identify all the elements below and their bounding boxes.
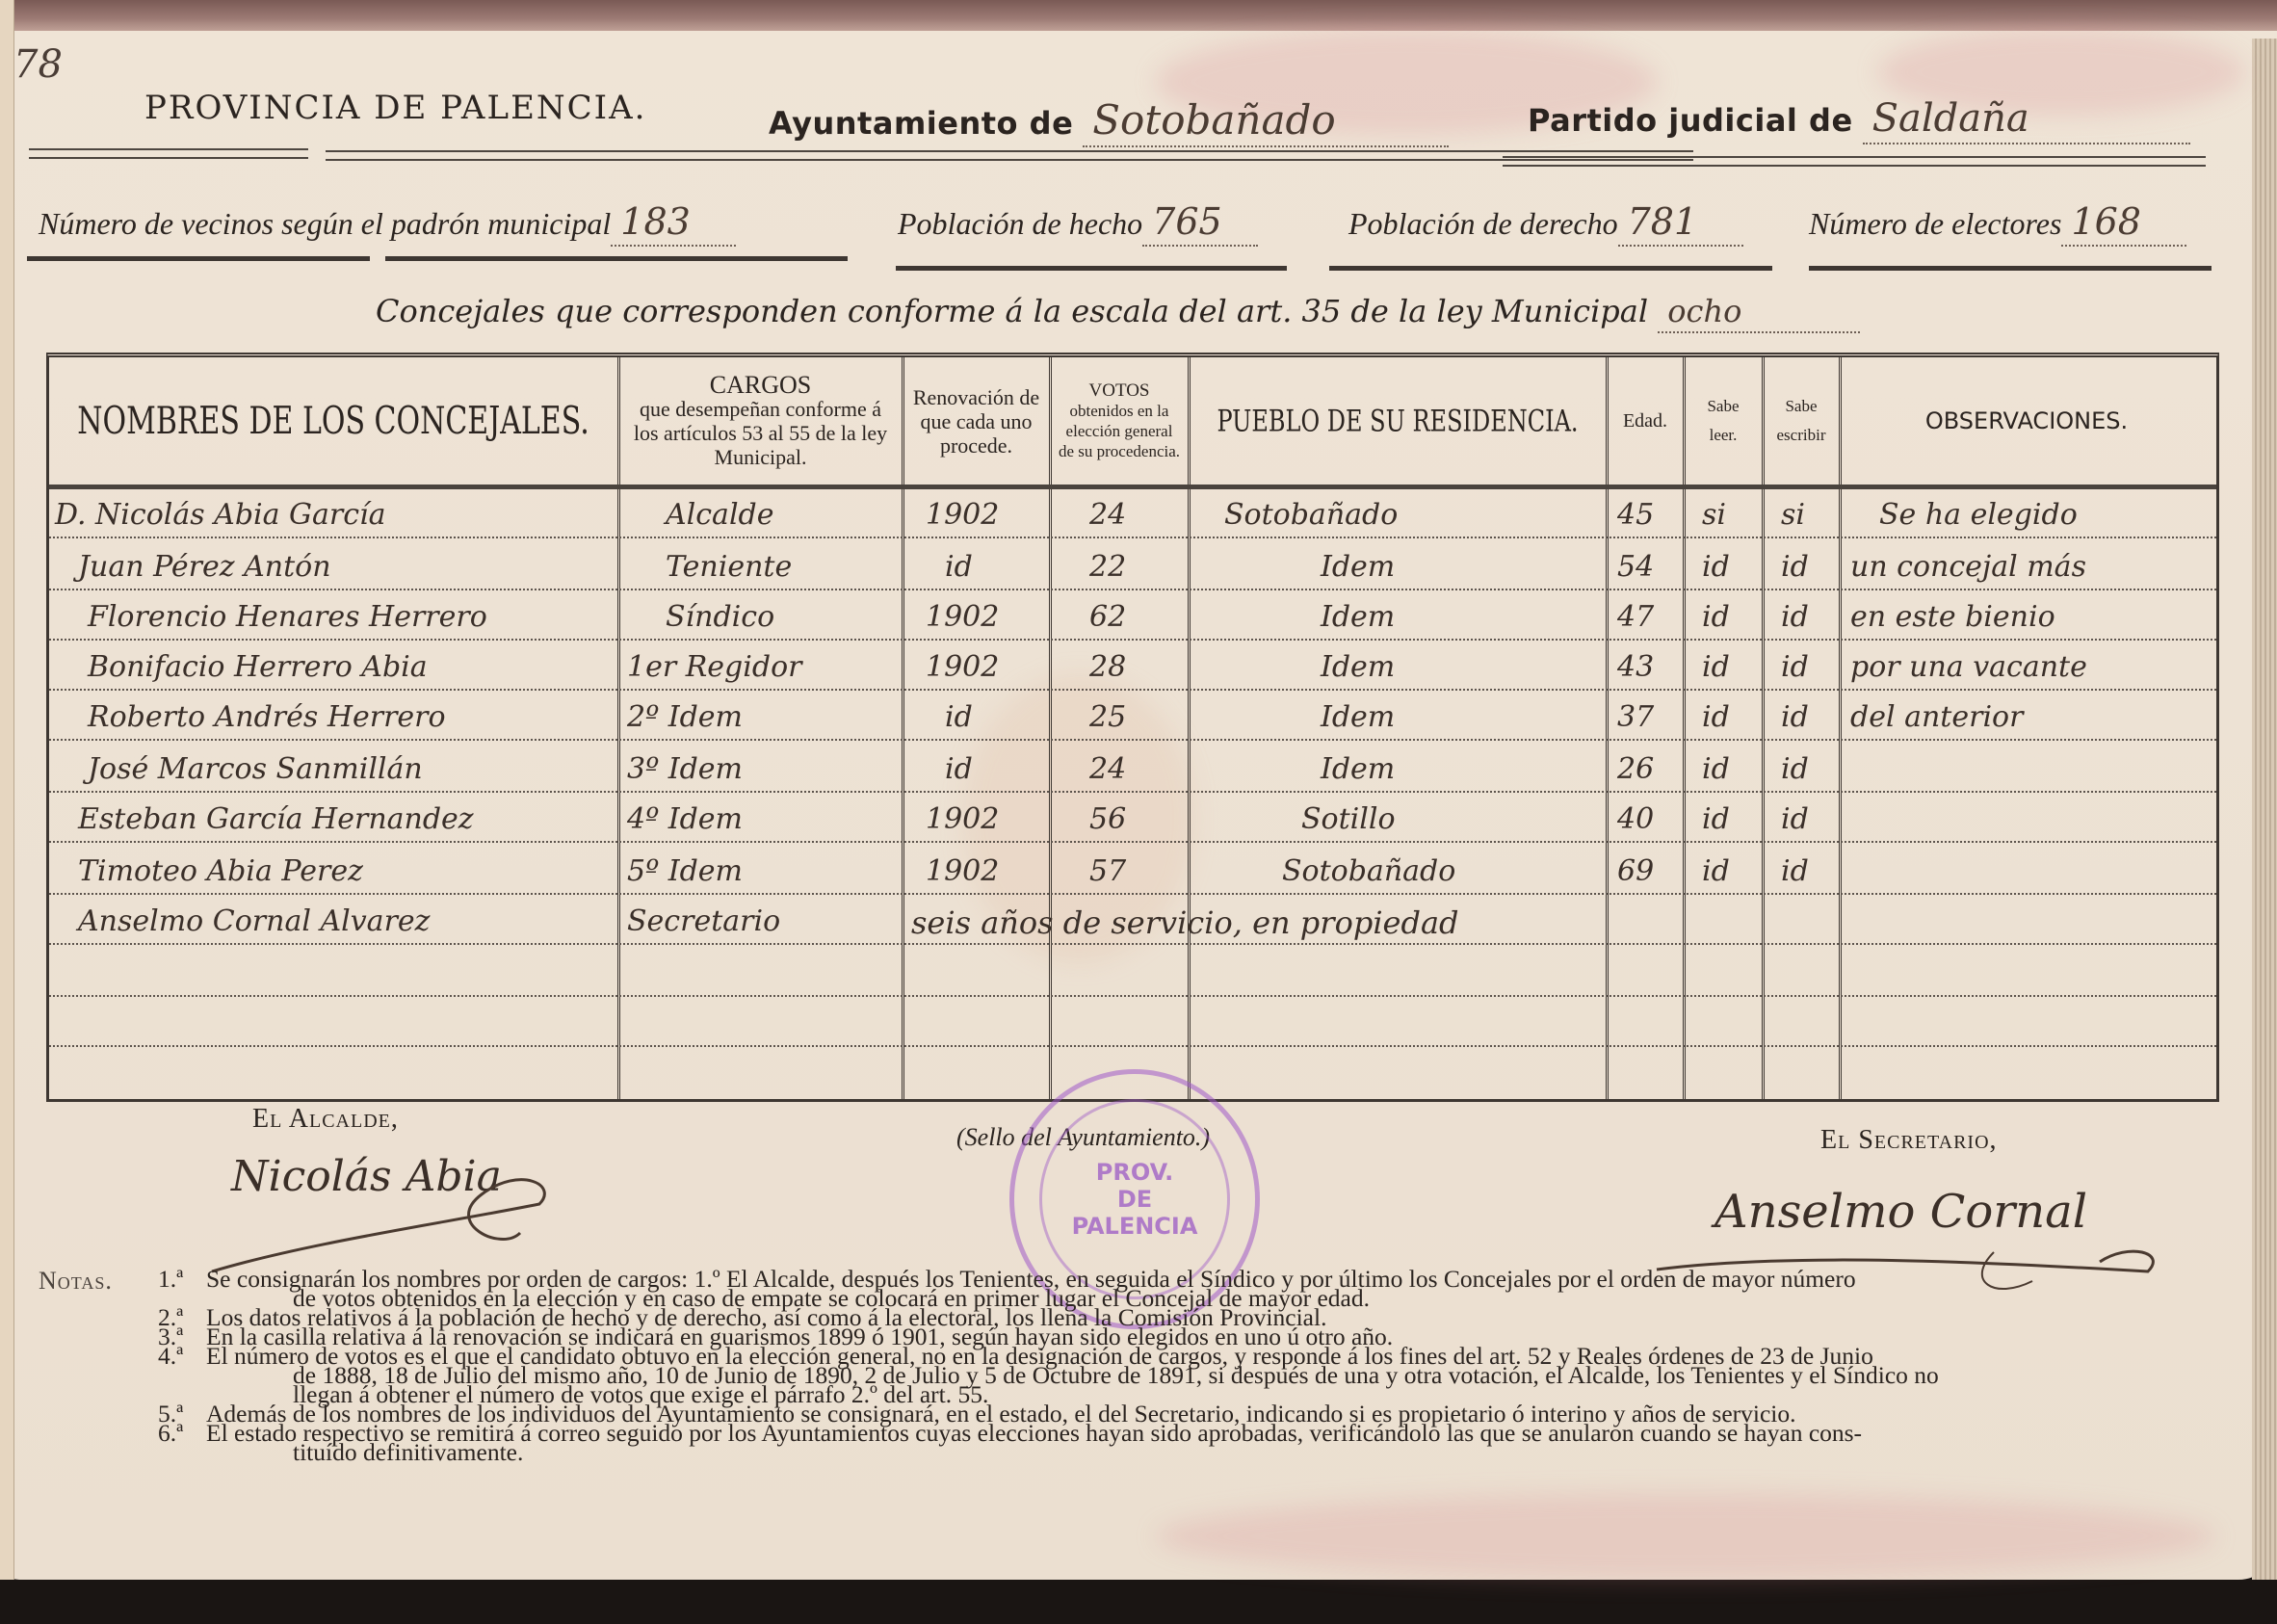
cell-votos: 24	[1089, 752, 1126, 786]
cell-edad: 40	[1617, 802, 1654, 836]
header-cargos: CARGOS que desempeñan conforme á los art…	[619, 357, 902, 485]
row-rule	[49, 537, 2216, 538]
vecinos-value: 183	[611, 200, 736, 247]
concejales-count-line: Concejales que corresponden conforme á l…	[376, 293, 1860, 333]
observacion-line: Se ha elegido	[1879, 498, 2078, 532]
row-rule	[49, 841, 2216, 843]
ayuntamiento-value: Sotobañado	[1083, 96, 1449, 147]
cell-votos: 28	[1089, 650, 1126, 684]
cell-escribir: id	[1781, 550, 1809, 584]
province-title: PROVINCIA DE PALENCIA.	[144, 89, 646, 127]
poblacion-derecho-row: Población de derecho 781	[1348, 200, 1743, 247]
electores-label: Número de electores	[1809, 206, 2061, 242]
header-separator	[49, 485, 2216, 489]
cell-pueblo: Idem	[1321, 600, 1395, 634]
observacion-line: un concejal más	[1850, 550, 2086, 584]
partido-label: Partido judicial de	[1528, 102, 1853, 139]
partido-value: Saldaña	[1863, 96, 2190, 144]
cell-pueblo: Sotillo	[1301, 802, 1396, 836]
cell-cargo: 2º Idem	[627, 700, 743, 734]
vecinos-row: Número de vecinos según el padrón munici…	[39, 200, 736, 247]
header-nombres: NOMBRES DE LOS CONCEJALES.	[49, 357, 617, 485]
header-observaciones: OBSERVACIONES.	[1841, 357, 2212, 485]
cell-votos: 56	[1089, 802, 1126, 836]
cell-escribir: id	[1781, 700, 1809, 734]
cell-votos: 57	[1089, 854, 1126, 888]
cell-pueblo: Idem	[1321, 650, 1395, 684]
row-rule	[49, 689, 2216, 691]
alcalde-label: El Alcalde,	[252, 1104, 399, 1135]
row-rule	[49, 589, 2216, 590]
cell-votos: 24	[1089, 498, 1126, 532]
cell-leer: id	[1702, 600, 1730, 634]
row-rule	[49, 791, 2216, 793]
cell-nombre: José Marcos Sanmillán	[88, 752, 423, 786]
cell-escribir: id	[1781, 802, 1809, 836]
poblacion-hecho-value: 765	[1142, 200, 1258, 247]
header-sabe-escribir: Sabe escribir	[1764, 357, 1839, 485]
secretario-label: El Secretario,	[1820, 1125, 1998, 1156]
cell-edad: 43	[1617, 650, 1654, 684]
notes-section: Notas. 1.ª Se consignarán los nombres po…	[39, 1270, 2206, 1462]
ayuntamiento-label: Ayuntamiento de	[769, 105, 1073, 142]
row-rule	[49, 639, 2216, 641]
cell-nombre: Timoteo Abia Perez	[78, 854, 363, 888]
cell-renovacion: 1902	[926, 650, 999, 684]
row-rule	[49, 995, 2216, 997]
observacion-line: del anterior	[1850, 700, 2023, 734]
concejales-label: Concejales que corresponden conforme á l…	[376, 293, 1648, 329]
concejales-value: ocho	[1658, 293, 1860, 333]
folio-number: 78	[13, 42, 63, 87]
cell-votos: 62	[1089, 600, 1126, 634]
stain	[1156, 1493, 2215, 1580]
cell-nombre: Juan Pérez Antón	[78, 550, 331, 584]
cell-edad: 54	[1617, 550, 1654, 584]
page-top-edge	[0, 0, 2277, 31]
poblacion-hecho-label: Población de hecho	[898, 206, 1142, 242]
header-rule	[326, 150, 1693, 161]
header-renovacion: Renovación de que cada uno procede.	[903, 357, 1049, 485]
cell-cargo: 5º Idem	[627, 854, 743, 888]
cell-escribir: id	[1781, 650, 1809, 684]
cell-leer: si	[1702, 498, 1726, 532]
header-edad: Edad.	[1608, 357, 1683, 485]
cell-nombre: Florencio Henares Herrero	[88, 600, 487, 634]
page-stack-edge	[2252, 39, 2277, 1580]
poblacion-derecho-label: Población de derecho	[1348, 206, 1618, 242]
cell-votos: 22	[1089, 550, 1126, 584]
cell-secretario-servicio: seis años de servicio, en propiedad	[911, 904, 1459, 941]
cell-renovacion: 1902	[926, 498, 999, 532]
cell-edad: 37	[1617, 700, 1654, 734]
poblacion-hecho-row: Población de hecho 765	[898, 200, 1258, 247]
cell-cargo: Teniente	[666, 550, 792, 584]
header-rule	[29, 148, 308, 159]
cell-leer: id	[1702, 650, 1730, 684]
cell-pueblo: Idem	[1321, 752, 1395, 786]
cell-renovacion: 1902	[926, 600, 999, 634]
cell-edad: 26	[1617, 752, 1654, 786]
cell-escribir: id	[1781, 752, 1809, 786]
cell-leer: id	[1702, 802, 1730, 836]
notes-label: Notas.	[39, 1271, 113, 1291]
alcalde-flourish-icon	[193, 1156, 597, 1281]
cell-cargo: Secretario	[627, 904, 780, 938]
electores-value: 168	[2061, 200, 2186, 247]
cell-pueblo: Sotobañado	[1224, 498, 1398, 532]
cell-votos: 25	[1089, 700, 1126, 734]
stats-rule	[27, 256, 370, 261]
cell-nombre: Roberto Andrés Herrero	[88, 700, 446, 734]
partido-row: Partido judicial de Saldaña	[1528, 96, 2190, 144]
stats-rule	[385, 256, 848, 261]
cell-cargo: Síndico	[666, 600, 774, 634]
cell-cargo: 4º Idem	[627, 802, 743, 836]
cell-leer: id	[1702, 752, 1730, 786]
binding-edge	[0, 0, 14, 1580]
header-rule	[1503, 156, 2206, 167]
cell-renovacion: id	[945, 752, 973, 786]
cell-cargo: 1er Regidor	[627, 650, 801, 684]
cell-edad: 47	[1617, 600, 1654, 634]
row-rule	[49, 893, 2216, 895]
cell-renovacion: 1902	[926, 802, 999, 836]
observacion-line: por una vacante	[1850, 650, 2087, 684]
poblacion-derecho-value: 781	[1618, 200, 1743, 247]
cell-renovacion: id	[945, 550, 973, 584]
cell-escribir: si	[1781, 498, 1805, 532]
observacion-line: en este bienio	[1850, 600, 2055, 634]
electores-row: Número de electores 168	[1809, 200, 2186, 247]
cell-nombre: Anselmo Cornal Alvarez	[78, 904, 430, 938]
cell-leer: id	[1702, 550, 1730, 584]
stats-rule	[896, 266, 1287, 271]
cell-renovacion: id	[945, 700, 973, 734]
cell-edad: 69	[1617, 854, 1654, 888]
header-pueblo: PUEBLO DE SU RESIDENCIA.	[1190, 357, 1606, 485]
cell-nombre: Bonifacio Herrero Abia	[88, 650, 428, 684]
row-rule	[49, 1045, 2216, 1047]
cell-cargo: 3º Idem	[627, 752, 743, 786]
row-rule	[49, 739, 2216, 741]
concejales-table: NOMBRES DE LOS CONCEJALES. CARGOS que de…	[46, 353, 2219, 1102]
cell-nombre: Esteban García Hernandez	[78, 802, 474, 836]
header-sabe-leer: Sabe leer.	[1685, 357, 1762, 485]
row-rule	[49, 943, 2216, 945]
cell-renovacion: 1902	[926, 854, 999, 888]
cell-escribir: id	[1781, 600, 1809, 634]
header-votos: VOTOS obtenidos en la elección general d…	[1051, 357, 1188, 485]
cell-pueblo: Idem	[1321, 550, 1395, 584]
vecinos-label: Número de vecinos según el padrón munici…	[39, 206, 611, 242]
cell-nombre: D. Nicolás Abia García	[55, 498, 386, 532]
province-title-row: PROVINCIA DE PALENCIA.	[144, 89, 646, 127]
cell-pueblo: Sotobañado	[1282, 854, 1455, 888]
ayuntamiento-row: Ayuntamiento de Sotobañado	[769, 96, 1449, 147]
stats-rule	[1809, 266, 2212, 271]
cell-cargo: Alcalde	[666, 498, 774, 532]
document-page: 78 PROVINCIA DE PALENCIA. Ayuntamiento d…	[0, 0, 2277, 1580]
cell-leer: id	[1702, 854, 1730, 888]
cell-pueblo: Idem	[1321, 700, 1395, 734]
cell-leer: id	[1702, 700, 1730, 734]
stats-rule	[1329, 266, 1772, 271]
cell-edad: 45	[1617, 498, 1654, 532]
cell-escribir: id	[1781, 854, 1809, 888]
